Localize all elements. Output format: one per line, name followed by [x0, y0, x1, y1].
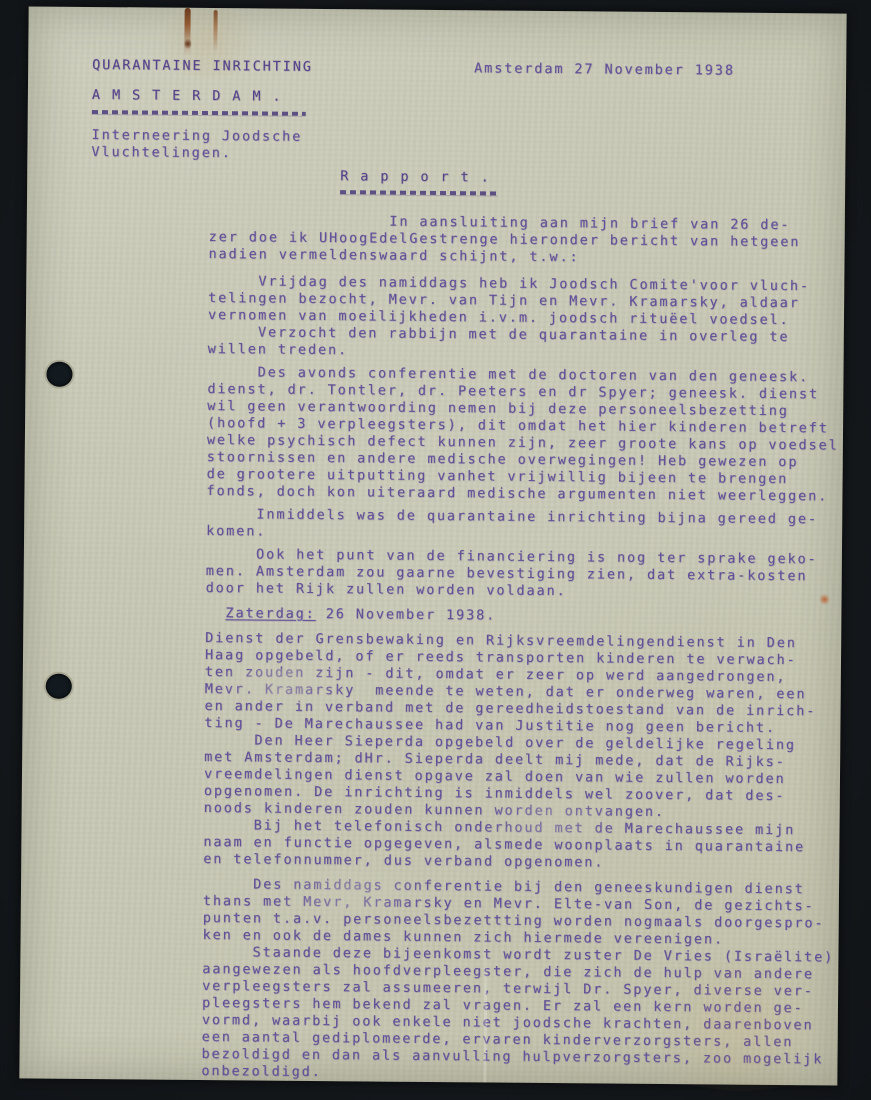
- punch-hole-bottom: [46, 674, 72, 699]
- paragraph: Bij het telefonisch onderhoud met de Mar…: [203, 817, 843, 874]
- date-line: Amsterdam 27 November 1938: [474, 60, 735, 79]
- text-line: Zaterdag: 26 November 1938.: [205, 605, 845, 628]
- paragraph: Zaterdag: 26 November 1938.: [205, 605, 845, 628]
- report-title: R a p p o r t .: [340, 168, 491, 186]
- document-body: In aansluiting aan mijn brief van 26 de-…: [201, 212, 849, 1086]
- rust-mark-left: [184, 8, 190, 56]
- org-name-line1: QUARANTAINE INRICHTING: [92, 57, 313, 76]
- paragraph: Des avonds conferentie met de doctoren v…: [206, 364, 847, 506]
- paragraph: Ook het punt van de financiering is nog …: [206, 546, 846, 603]
- underlined-date-label: Zaterdag:: [225, 605, 315, 622]
- paragraph: In aansluiting aan mijn brief van 26 de-…: [208, 212, 848, 269]
- paragraph: Dienst der Grensbewaking en Rijksvreemde…: [204, 630, 845, 738]
- paragraph: Den Heer Sieperda opgebeld over de gelde…: [204, 732, 845, 823]
- text-segment: [205, 605, 225, 621]
- org-name-underline: [92, 110, 306, 116]
- report-title-underline: [340, 190, 498, 195]
- org-name-line2: A M S T E R D A M .: [92, 87, 283, 106]
- paragraph: Des namiddags conferentie bij den genees…: [203, 876, 844, 950]
- scanned-document-page: QUARANTAINE INRICHTING Amsterdam 27 Nove…: [0, 0, 871, 1100]
- rust-mark-right: [213, 10, 217, 52]
- paper-stain-bottom: [619, 960, 860, 1092]
- paper-stain-dot: [819, 593, 829, 605]
- text-segment: 26 November 1938.: [316, 606, 497, 624]
- paper-sheet: QUARANTAINE INRICHTING Amsterdam 27 Nove…: [19, 6, 846, 1085]
- paragraph: Verzocht den rabbijn met de quarantaine …: [208, 324, 848, 364]
- subject-line1: Interneering Joodsche: [91, 127, 302, 146]
- subject-line2: Vluchtelingen.: [91, 144, 232, 162]
- paragraph: Inmiddels was de quarantaine inrichting …: [206, 506, 846, 546]
- punch-hole-top: [46, 362, 72, 387]
- paragraph: Vrijdag des namiddags heb ik Joodsch Com…: [208, 273, 848, 330]
